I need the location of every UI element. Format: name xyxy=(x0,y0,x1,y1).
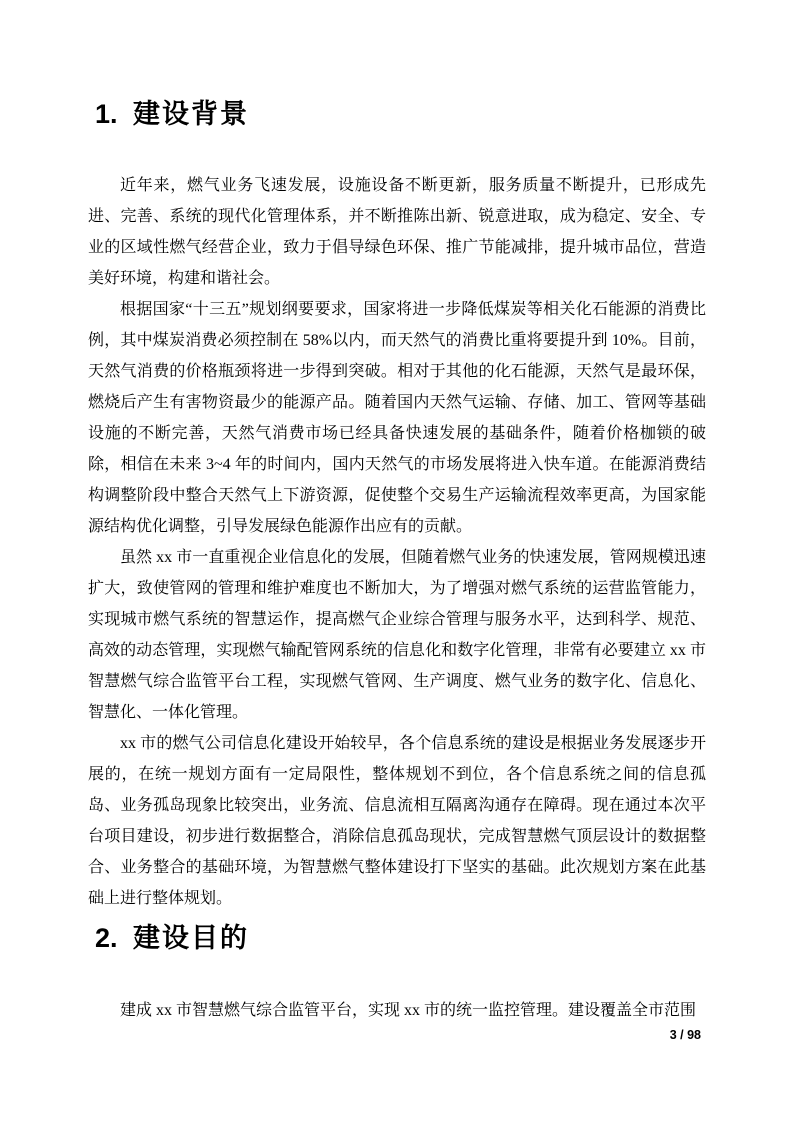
section-heading-1: 1. 建设背景 xyxy=(95,96,706,132)
section-1-number: 1. xyxy=(95,96,133,132)
page-content: 1. 建设背景 近年来，燃气业务飞速发展，设施设备不断更新，服务质量不断提升，已… xyxy=(88,0,706,1026)
section-1-paragraph-4: xx 市的燃气公司信息化建设开始较早，各个信息系统的建设是根据业务发展逐步开展的… xyxy=(88,728,706,914)
section-1-paragraph-1: 近年来，燃气业务飞速发展，设施设备不断更新，服务质量不断提升，已形成先进、完善、… xyxy=(88,170,706,294)
section-2-number: 2. xyxy=(95,920,133,956)
section-1-paragraph-2: 根据国家“十三五”规划纲要要求，国家将进一步降低煤炭等相关化石能源的消费比例，其… xyxy=(88,294,706,542)
page-number: 3 / 98 xyxy=(670,1026,701,1044)
section-heading-2: 2. 建设目的 xyxy=(95,920,706,956)
document-page: 1. 建设背景 近年来，燃气业务飞速发展，设施设备不断更新，服务质量不断提升，已… xyxy=(0,0,793,1122)
section-2-title: 建设目的 xyxy=(133,920,249,956)
section-1-paragraph-3: 虽然 xx 市一直重视企业信息化的发展，但随着燃气业务的快速发展，管网规模迅速扩… xyxy=(88,542,706,728)
section-2-paragraph-1: 建成 xx 市智慧燃气综合监管平台，实现 xx 市的统一监控管理。建设覆盖全市范… xyxy=(88,995,706,1026)
section-1-title: 建设背景 xyxy=(133,96,249,132)
